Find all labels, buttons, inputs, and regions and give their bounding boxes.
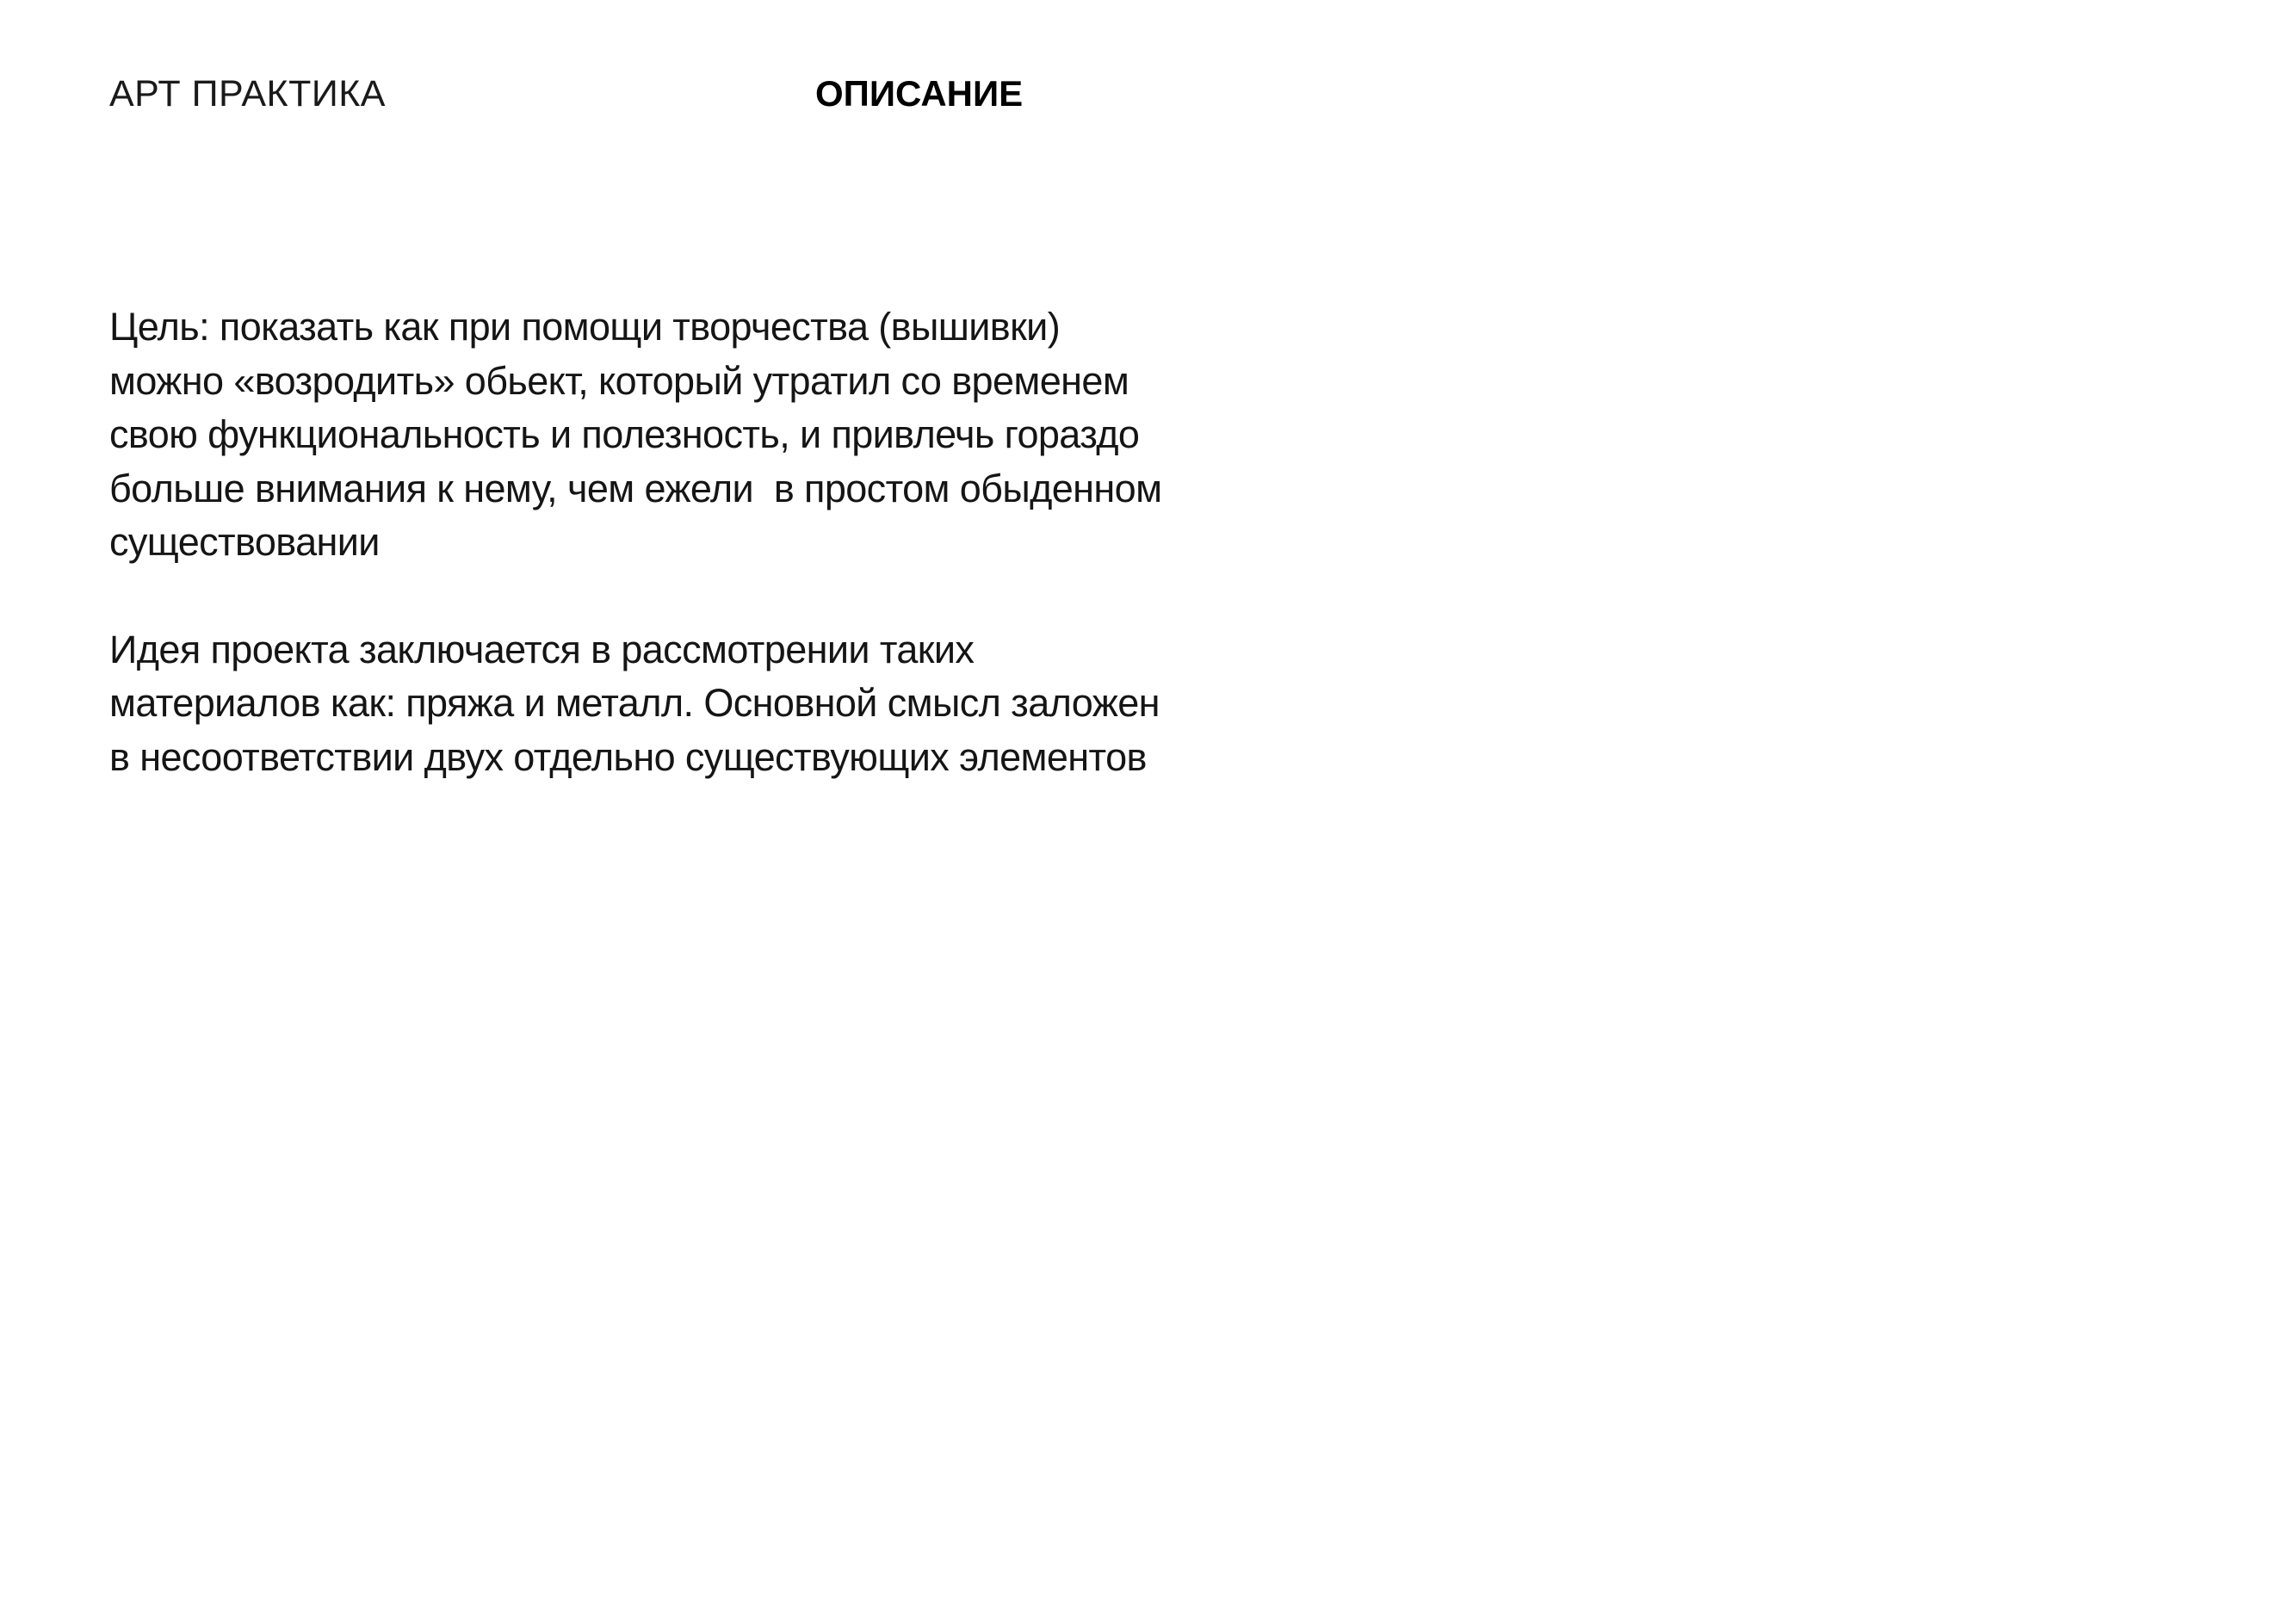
paragraph-line: материалов как: пряжа и металл. Основной… bbox=[109, 677, 1315, 731]
paragraph-line: больше внимания к нему, чем ежели в прос… bbox=[109, 462, 1315, 516]
page-title: ОПИСАНИЕ bbox=[815, 72, 1023, 115]
description-content: Цель: показать как при помощи творчества… bbox=[109, 300, 1315, 838]
paragraph-line: Идея проекта заключается в рассмотрении … bbox=[109, 623, 1315, 677]
paragraph-line: можно «возродить» обьект, который утрати… bbox=[109, 355, 1315, 409]
section-title: АРТ ПРАКТИКА bbox=[109, 72, 386, 115]
paragraph-line: свою функциональность и полезность, и пр… bbox=[109, 408, 1315, 462]
paragraph-line: Цель: показать как при помощи творчества… bbox=[109, 300, 1315, 355]
document-page: АРТ ПРАКТИКА ОПИСАНИЕ Цель: показать как… bbox=[0, 0, 2296, 1614]
goal-paragraph: Цель: показать как при помощи творчества… bbox=[109, 300, 1315, 570]
idea-paragraph: Идея проекта заключается в рассмотрении … bbox=[109, 623, 1315, 785]
paragraph-line: в несоответствии двух отдельно существую… bbox=[109, 731, 1315, 785]
paragraph-line: существовании bbox=[109, 516, 1315, 570]
